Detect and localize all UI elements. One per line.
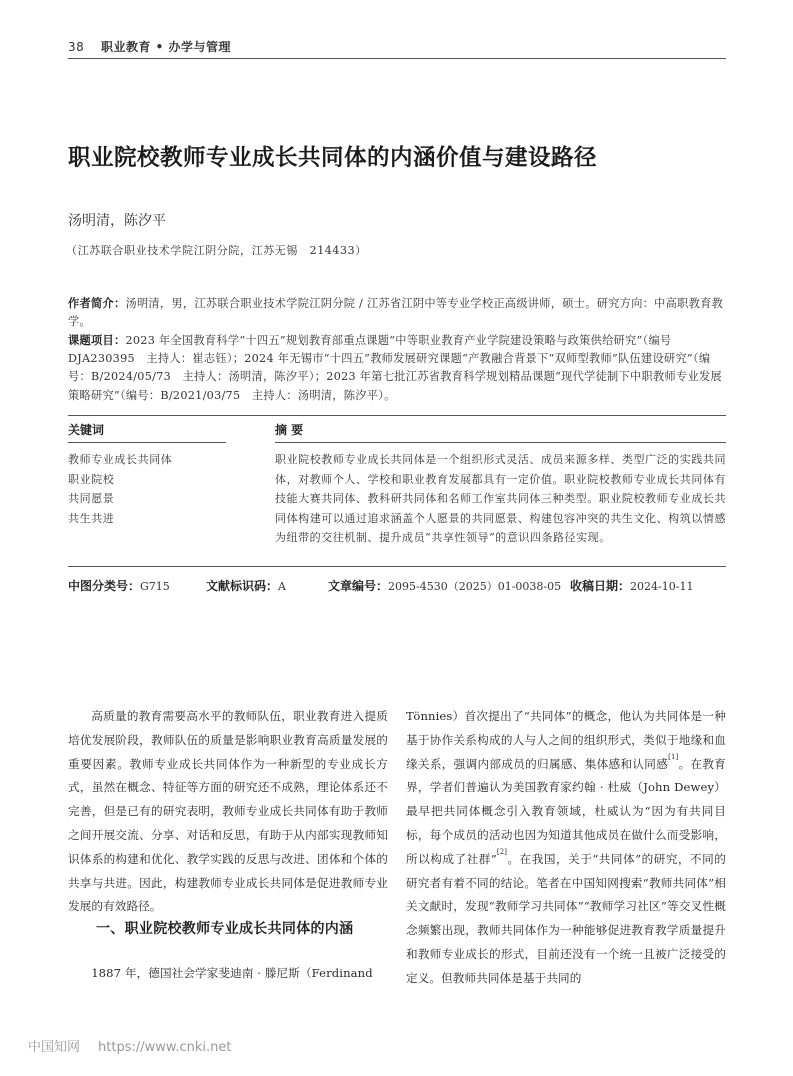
- keywords-list: 教师专业成长共同体 职业院校 共同愿景 共生共进: [68, 450, 172, 528]
- keywords-heading: 关键词: [68, 421, 104, 438]
- cnki-brand: 中国知网: [28, 1040, 80, 1055]
- table-top-rule: [68, 415, 726, 416]
- section1-paragraph-start: 1887 年，德国社会学家斐迪南 · 滕尼斯（Ferdinand: [68, 962, 388, 986]
- author-intro: 作者简介：汤明清，男，江苏联合职业技术学院江阴分院 / 江苏省江阴中等专业学校正…: [68, 295, 728, 331]
- body-right-column: Tönnies）首次提出了“共同体”的概念，他认为共同体是一种基于协作关系构成的…: [406, 705, 726, 991]
- author-intro-label: 作者简介：: [68, 297, 125, 310]
- author-intro-text: 汤明清，男，江苏联合职业技术学院江阴分院 / 江苏省江阴中等专业学校正高级讲师，…: [68, 297, 723, 328]
- project-text: 2023 年全国教育科学“十四五”规划教育部重点课题“中等职业教育产业学院建设策…: [68, 334, 722, 402]
- running-head: 38 职业教育 • 办学与管理: [68, 38, 231, 55]
- keyword: 职业院校: [68, 470, 172, 490]
- page-number: 38: [68, 40, 84, 54]
- header-rule: [68, 58, 726, 59]
- section-1-heading: 一、职业院校教师专业成长共同体的内涵: [96, 918, 353, 938]
- keyword: 共同愿景: [68, 489, 172, 509]
- document-code: 文献标识码：A: [206, 577, 286, 594]
- abstract-rule: [275, 442, 726, 443]
- journal-section: 职业教育 • 办学与管理: [101, 40, 231, 54]
- abstract-heading: 摘 要: [275, 421, 303, 438]
- keywords-rule: [68, 442, 226, 443]
- received-date: 收稿日期：2024-10-11: [570, 577, 693, 594]
- authors: 汤明清，陈汐平: [68, 210, 166, 230]
- keyword: 教师专业成长共同体: [68, 450, 172, 470]
- project-info: 课题项目：2023 年全国教育科学“十四五”规划教育部重点课题“中等职业教育产业…: [68, 332, 728, 405]
- citation-1[interactable]: [1]: [668, 753, 678, 761]
- body-left-intro: 高质量的教育需要高水平的教师队伍，职业教育进入提质培优发展阶段，教师队伍的质量是…: [68, 705, 388, 919]
- article-title: 职业院校教师专业成长共同体的内涵价值与建设路径: [68, 140, 597, 172]
- cnki-watermark: 中国知网https://www.cnki.net: [28, 1036, 231, 1055]
- table-bottom-rule: [68, 566, 726, 567]
- clc-number: 中图分类号：G715: [68, 577, 170, 594]
- section1-paragraph-cont: Tönnies）首次提出了“共同体”的概念，他认为共同体是一种基于协作关系构成的…: [406, 705, 726, 991]
- cnki-url[interactable]: https://www.cnki.net: [98, 1040, 231, 1055]
- body-left-section1: 1887 年，德国社会学家斐迪南 · 滕尼斯（Ferdinand: [68, 962, 388, 986]
- intro-paragraph: 高质量的教育需要高水平的教师队伍，职业教育进入提质培优发展阶段，教师队伍的质量是…: [68, 705, 388, 919]
- keyword: 共生共进: [68, 509, 172, 529]
- abstract-text: 职业院校教师专业成长共同体是一个组织形式灵活、成员来源多样、类型广泛的实践共同体…: [275, 450, 726, 548]
- article-number: 文章编号：2095-4530（2025）01-0038-05: [328, 577, 561, 594]
- citation-2[interactable]: [2]: [497, 848, 507, 856]
- affiliation: （江苏联合职业技术学院江阴分院，江苏无锡 214433）: [66, 242, 367, 258]
- project-label: 课题项目：: [68, 334, 125, 347]
